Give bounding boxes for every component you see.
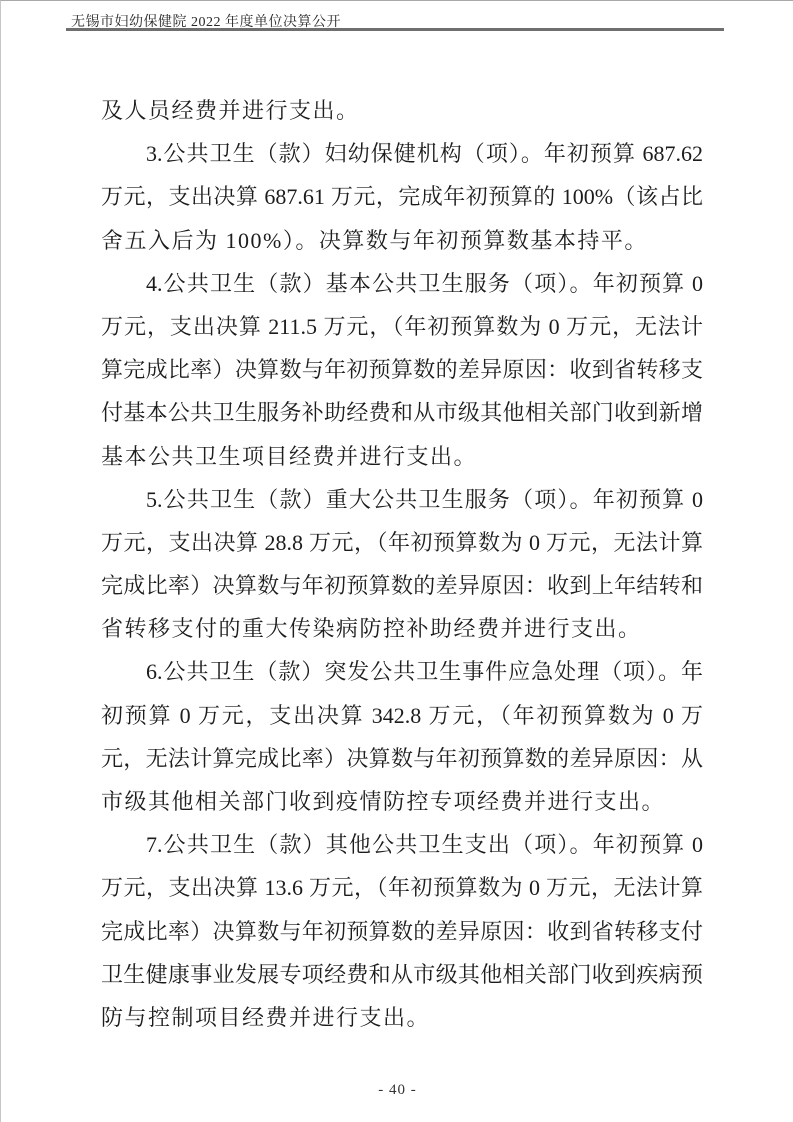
text-line: 卫生健康事业发展专项经费和从市级其他相关部门收到疾病预 xyxy=(101,953,703,996)
document-page: 无锡市妇幼保健院 2022 年度单位决算公开 及人员经费并进行支出。3.公共卫生… xyxy=(0,0,793,1122)
text-line: 万元，支出决算 13.6 万元，（年初预算数为 0 万元，无法计算 xyxy=(101,866,703,909)
text-line: 防与控制项目经费并进行支出。 xyxy=(101,996,703,1039)
text-line: 完成比率）决算数与年初预算数的差异原因：收到上年结转和 xyxy=(101,564,703,607)
text-line: 4.公共卫生（款）基本公共卫生服务（项）。年初预算 0 xyxy=(101,262,703,305)
paragraph: 6.公共卫生（款）突发公共卫生事件应急处理（项）。年初预算 0 万元，支出决算 … xyxy=(101,650,703,823)
text-line: 省转移支付的重大传染病防控补助经费并进行支出。 xyxy=(101,607,703,650)
header-rule xyxy=(66,28,724,31)
paragraph: 及人员经费并进行支出。 xyxy=(101,89,703,132)
text-line: 元，无法计算完成比率）决算数与年初预算数的差异原因：从 xyxy=(101,737,703,780)
text-line: 万元，支出决算 28.8 万元，（年初预算数为 0 万元，无法计算 xyxy=(101,521,703,564)
text-line: 算完成比率）决算数与年初预算数的差异原因：收到省转移支 xyxy=(101,348,703,391)
text-line: 及人员经费并进行支出。 xyxy=(101,89,703,132)
text-line: 初预算 0 万元，支出决算 342.8 万元，（年初预算数为 0 万 xyxy=(101,694,703,737)
text-line: 舍五入后为 100%）。决算数与年初预算数基本持平。 xyxy=(101,219,703,262)
document-body: 及人员经费并进行支出。3.公共卫生（款）妇幼保健机构（项）。年初预算 687.6… xyxy=(101,89,703,1039)
paragraph: 4.公共卫生（款）基本公共卫生服务（项）。年初预算 0万元，支出决算 211.5… xyxy=(101,262,703,478)
text-line: 7.公共卫生（款）其他公共卫生支出（项）。年初预算 0 xyxy=(101,823,703,866)
text-line: 基本公共卫生项目经费并进行支出。 xyxy=(101,435,703,478)
text-line: 完成比率）决算数与年初预算数的差异原因：收到省转移支付 xyxy=(101,910,703,953)
paragraph: 5.公共卫生（款）重大公共卫生服务（项）。年初预算 0万元，支出决算 28.8 … xyxy=(101,478,703,651)
text-line: 6.公共卫生（款）突发公共卫生事件应急处理（项）。年 xyxy=(101,650,703,693)
page-number: - 40 - xyxy=(378,1082,417,1098)
page-footer: - 40 - xyxy=(1,1081,793,1099)
text-line: 万元，支出决算 211.5 万元，（年初预算数为 0 万元，无法计 xyxy=(101,305,703,348)
paragraph: 7.公共卫生（款）其他公共卫生支出（项）。年初预算 0万元，支出决算 13.6 … xyxy=(101,823,703,1039)
paragraph: 3.公共卫生（款）妇幼保健机构（项）。年初预算 687.62万元，支出决算 68… xyxy=(101,132,703,262)
text-line: 3.公共卫生（款）妇幼保健机构（项）。年初预算 687.62 xyxy=(101,132,703,175)
text-line: 市级其他相关部门收到疫情防控专项经费并进行支出。 xyxy=(101,780,703,823)
text-line: 付基本公共卫生服务补助经费和从市级其他相关部门收到新增 xyxy=(101,391,703,434)
text-line: 5.公共卫生（款）重大公共卫生服务（项）。年初预算 0 xyxy=(101,478,703,521)
text-line: 万元，支出决算 687.61 万元，完成年初预算的 100%（该占比四 xyxy=(101,175,703,218)
